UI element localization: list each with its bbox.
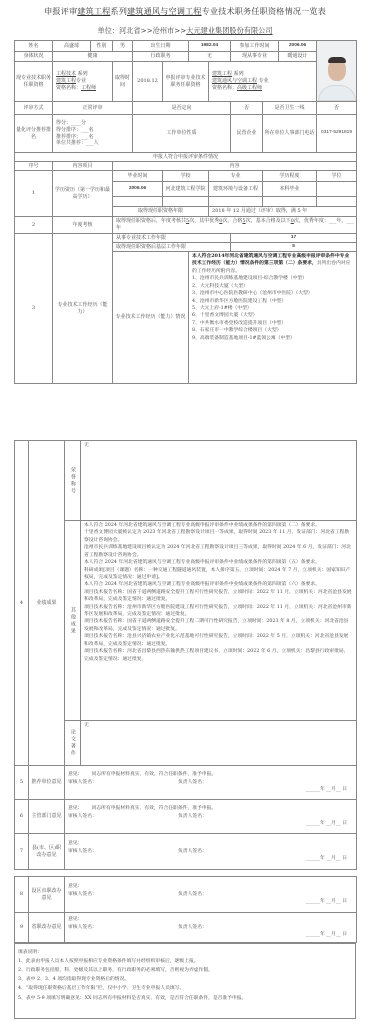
exp-grass-label: 取得现任职资格后基层工作年限: [113, 243, 231, 252]
edu-header-school: 学校: [163, 171, 209, 182]
hr-phone-value: 0317-5291819: [317, 115, 357, 153]
exp-index: 3: [15, 234, 53, 384]
frontline-label: 是否卫生一线: [263, 102, 317, 115]
note-item: 2、行政职务包括股、科、处级及其以上职务，有行政职务的必须填写，否则视为弄虚作假…: [18, 966, 352, 975]
exp-grass-value: 5: [231, 243, 357, 252]
exp-label: 专业技术工作经历（能力）: [53, 234, 113, 384]
opinion-row-9: 9 省职改办意见 意见： 审核人签名：负责人签名： ______年 __月__ …: [15, 913, 357, 943]
opinion-body: 意见： 审核人签名：负责人签名： ______年 __月__ 日: [65, 877, 357, 913]
annual-index: 2: [15, 217, 53, 234]
achievements-table: 4 业绩成果 荣誉称号 无 其他成果 本人符合 2024 年河北省建筑通风与空调…: [14, 440, 357, 870]
edu-cell: 本科毕业: [263, 182, 317, 197]
opinion-row-6: 6 主管部门意见 意见： 同志所有申报材料真实、有效，符合任职条件，准予申报。 …: [15, 800, 357, 834]
edu-cell: [317, 197, 357, 207]
col-index-header: 序号: [15, 162, 53, 171]
project-item: 6、十里香文博园大厦（大型）: [192, 312, 353, 319]
health-value: 健康: [53, 52, 133, 62]
annual-label: 年度考核: [53, 217, 113, 234]
ranking-label: 量化评分推荐排名: [15, 115, 53, 153]
directional-value: 否: [231, 102, 263, 115]
opinion-label: 主管部门意见: [29, 800, 65, 834]
directional-label: 是否定向: [133, 102, 231, 115]
project-item: 5、大元上府-1#楼（中型）: [192, 305, 353, 312]
admin-post-value: 无: [189, 52, 231, 62]
obtain-time-value: 2018.12: [133, 62, 163, 102]
work-start-value: 2006.06: [279, 41, 317, 52]
admin-post-label: 行政职务: [133, 52, 189, 62]
exp-years-label: 从事专业技术工作年限: [113, 234, 231, 243]
col-item-header: 内容项目: [53, 162, 113, 171]
project-item: 9、高端装备制造基地项目-1#蓝领公寓（中型）: [192, 335, 353, 342]
edu-cell: [163, 197, 209, 207]
honor-value: 无: [81, 441, 357, 521]
hr-phone-label: 所在单位人事部门电话: [263, 115, 317, 153]
col-content-header: 内容: [113, 162, 357, 171]
opinion-label: 县(市、区)职改办意见: [29, 834, 65, 870]
project-item: 8、石家庄市一中教学综合楼项目（大型）: [192, 327, 353, 334]
name-value: 高盛琦: [53, 41, 91, 52]
project-item: 4、沧州市新华区方舱医院建设工程（中型）: [192, 298, 353, 305]
note-item: 5、表中 5-9 项填写明确意见：XX 同志所有申报材料是否真实、有效，是否符合…: [18, 994, 352, 1003]
current-specialty-label: 现从事专业: [231, 52, 279, 62]
opinion-row-7: 7 县(市、区)职改办意见 意见： 审核人签名：负责人签名： ______年 _…: [15, 834, 357, 870]
unit-line: 单位：河北省>>沧州市>>大元建业集团股份有限公司: [0, 26, 370, 36]
opinion-index: 5: [15, 766, 29, 800]
edu-cell: 河北建筑工程学院: [163, 182, 209, 197]
opinion-label: 省职改办意见: [29, 913, 65, 943]
edu-header-level: 学历程度: [263, 171, 317, 182]
note-item: 4、“取得现任职资格后基层工作年限”栏，仅中小学、卫生专业申报人员填写。: [18, 984, 352, 993]
photo: [317, 41, 357, 102]
ach-label: 业绩成果: [29, 441, 65, 766]
edu-cell: 2006.06: [113, 182, 163, 197]
exp-detail-label: 专业技术工作经历（能力）情况: [113, 252, 189, 384]
review-mode-value: 正常评审: [53, 102, 133, 115]
other-value: 本人符合 2024 年河北省建筑通风与空调工程专业高级申报评审条件中业绩成果条件…: [81, 521, 357, 721]
edu-cell: [113, 197, 163, 207]
fill-instructions: 填表说明： 1、此表由申报人员本人按照申报相应专业资格条件填写并经组织审核后，逐…: [14, 943, 356, 1019]
company-name: 大元建业集团股份有限公司: [186, 26, 272, 35]
edu-cell: 建筑环境与设备工程: [209, 182, 263, 197]
opinion-body: 意见： 同志所有申报材料真实、有效，符合任职条件，准予申报。 审核人签名：负责人…: [65, 800, 357, 834]
edu-index: 1: [15, 171, 53, 217]
gender-label: 性别: [91, 41, 113, 52]
page-title: 申报评审建筑工程系列建筑通风与空调工程专业技术职务任职资格情况一览表: [0, 6, 370, 17]
birth-label: 出生日期: [133, 41, 189, 52]
exp-detail: 本人符合2014年河北省建筑通风与空调工程专业高级申报评审条件中专业技术工作经历…: [189, 252, 357, 384]
edu-header-degree: 学位: [317, 171, 357, 182]
basic-info-table: 姓名 高盛琦 性别 男 出生日期 1982.04 参加工作时间 2006.06 …: [14, 40, 357, 384]
project-item: 1、沧州市民兵训练基地建设项目-综合教学楼（中型）: [192, 275, 353, 282]
ranking-values: 得分：____分 得分排序：___名 推荐排序：___名 单位共推荐：___人: [53, 115, 133, 153]
work-start-label: 参加工作时间: [231, 41, 279, 52]
paper-value: 无: [81, 721, 357, 766]
review-mode-label: 评审方式: [15, 102, 53, 115]
current-qual-label: 现专业技术职务任职资格: [15, 62, 53, 102]
birth-value: 1982.04: [189, 41, 231, 52]
edu-header-grad-time: 毕业时间: [113, 171, 163, 182]
current-specialty-value: 暖通设计: [279, 52, 317, 62]
edu-years-label: 取得现任职资格年限: [113, 207, 209, 217]
opinion-body: 意见： 审核人签名：负责人签名： ______年 __月__ 日: [65, 913, 357, 943]
opinion-index: 6: [15, 800, 29, 834]
health-label: 身体状况: [15, 52, 53, 62]
annual-value: 取得现任职资格后，年度考核共5次，其中优秀0次，合格5次，基本合格及以下0次，优…: [113, 217, 357, 234]
opinion-index: 9: [15, 913, 29, 943]
opinion-row-8: 8 设区市职改办意见 意见： 审核人签名：负责人签名： ______年 __月_…: [15, 877, 357, 913]
opinions-table: 8 设区市职改办意见 意见： 审核人签名：负责人签名： ______年 __月_…: [14, 876, 357, 943]
opinion-index: 8: [15, 877, 29, 913]
current-qual-value: 工程技术 系列 建筑工程专业 资格名称：工程师: [53, 62, 113, 102]
exp-years-value: 17: [231, 234, 357, 243]
edu-years-value: 2018 年 12 月通过（评审）取得，满 5 年: [209, 207, 357, 217]
other-label: 其他成果: [65, 521, 81, 721]
gender-value: 男: [113, 41, 133, 52]
note-item: 3、表中 2、3、4 项均指取得现专业资格后的情况。: [18, 975, 352, 984]
project-item: 7、中共衡水市委党校改造提升项目（中型）: [192, 320, 353, 327]
edu-cell: [317, 182, 357, 197]
apply-qual-label: 申报评审专业技术职务任职资格: [163, 62, 209, 102]
honor-label: 荣誉称号: [65, 441, 81, 521]
note-item: 1、此表由申报人员本人按照申报相应专业资格条件填写并经组织审核后，逐级上报。: [18, 957, 352, 966]
project-item: 3、沧州市中心医院医教研中心（沧州市中医院）（大型）: [192, 290, 353, 297]
conditions-title: 申报人符合申报评审条件情况: [15, 153, 357, 162]
edu-header-major: 专业: [209, 171, 263, 182]
opinion-row-5: 5 推荐单位意见 意见： 同志所有申报材料真实、有效，符合任职条件，准予申报。 …: [15, 766, 357, 800]
notes-title: 填表说明：: [18, 948, 352, 957]
opinion-label: 推荐单位意见: [29, 766, 65, 800]
obtain-time-label: 取得时间: [113, 62, 133, 102]
paper-label: 论文著作: [65, 721, 81, 766]
opinion-label: 设区市职改办意见: [29, 877, 65, 913]
apply-qual-value: 建筑工程 系列 建筑通风与空调工程 专业 资格名称：高级工程师: [209, 62, 317, 102]
edu-label: 学历资历（第一学历和最高学历）: [53, 171, 113, 217]
opinion-body: 意见： 同志所有申报材料真实、有效，符合任职条件，准予申报。 审核人签名：负责人…: [65, 766, 357, 800]
opinion-body: 意见： 审核人签名：负责人签名： ______年 __月__ 日: [65, 834, 357, 870]
edu-cell: [209, 197, 263, 207]
unit-nature-label: 工作单位性质: [133, 115, 231, 153]
opinion-index: 7: [15, 834, 29, 870]
name-label: 姓名: [15, 41, 53, 52]
unit-nature-value: 民营企业: [231, 115, 263, 153]
ach-index: 4: [15, 441, 29, 766]
project-item: 2、大元科技大厦（大型）: [192, 283, 353, 290]
edu-cell: [263, 197, 317, 207]
frontline-value: 否: [317, 102, 357, 115]
